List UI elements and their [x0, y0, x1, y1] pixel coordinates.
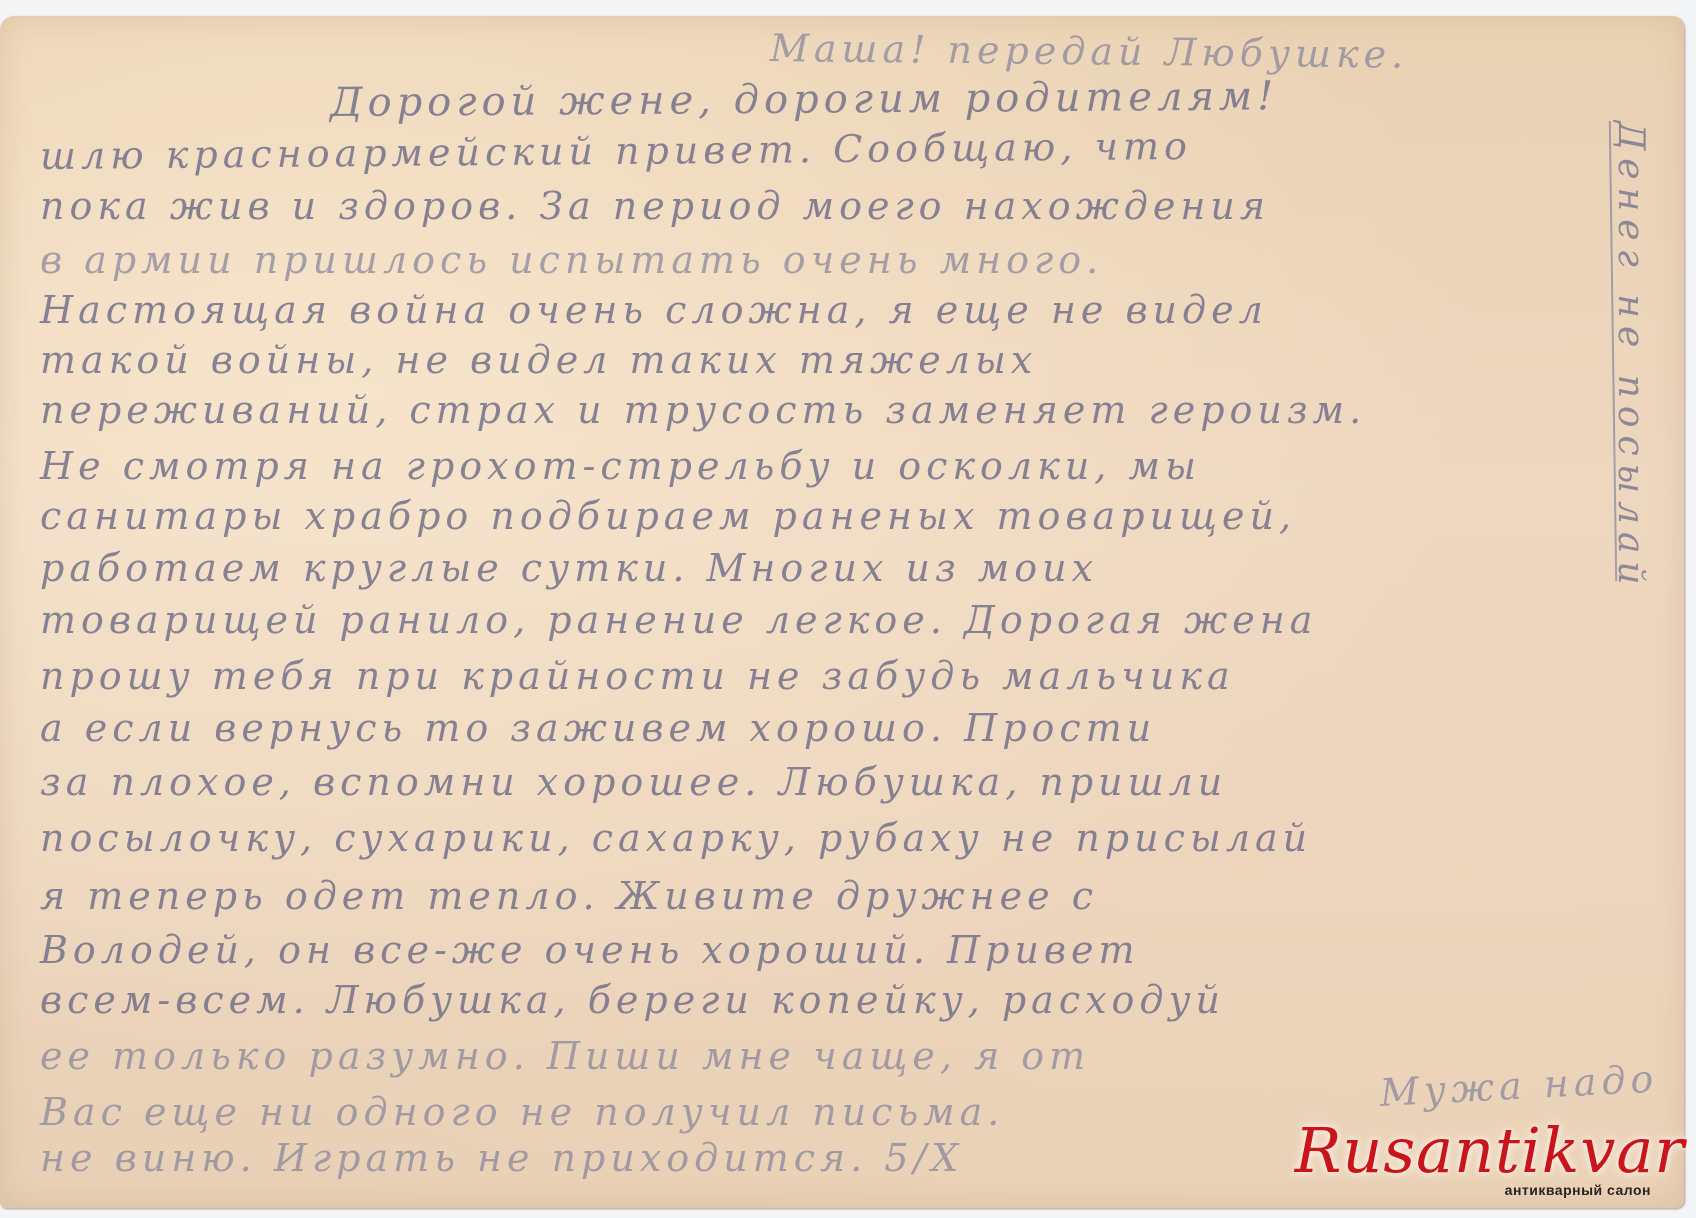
letter-line: посылочку, сухарики, сахарку, рубаху не … — [40, 816, 1312, 860]
watermark-logo: Rusantikvar — [1265, 1118, 1685, 1184]
letter-line: прошу тебя при крайности не забудь мальч… — [40, 654, 1235, 698]
letter-line: такой войны, не видел таких тяжелых — [40, 338, 1037, 382]
letter-line: а если вернусь то заживем хорошо. Прости — [40, 706, 1156, 750]
letter-line: пока жив и здоров. За период моего нахож… — [40, 184, 1270, 228]
letter-greeting: Дорогой жене, дорогим родителям! — [330, 73, 1279, 126]
letter-line: работаем круглые сутки. Многих из моих — [40, 546, 1098, 590]
letter-line: всем-всем. Любушка, береги копейку, расх… — [40, 978, 1225, 1022]
letter-line: переживаний, страх и трусость заменяет г… — [40, 388, 1366, 432]
letter-line: не виню. Играть не приходится. 5/X — [40, 1136, 963, 1180]
postcard: Маша! передай Любушке. Дорогой жене, дор… — [0, 16, 1684, 1208]
bottom-right-note: Мужа надо — [1379, 1056, 1659, 1115]
letter-line: ее только разумно. Пиши мне чаще, я от — [40, 1034, 1090, 1078]
postscript-top: Маша! передай Любушке. — [770, 26, 1409, 77]
letter-line: Не смотря на грохот-стрельбу и осколки, … — [40, 444, 1201, 488]
letter-line: Настоящая война очень сложна, я еще не в… — [40, 288, 1268, 332]
letter-line: товарищей ранило, ранение легкое. Дорога… — [40, 598, 1317, 642]
letter-line: Вас еще ни одного не получил письма. — [40, 1090, 1004, 1134]
letter-line: за плохое, вспомни хорошее. Любушка, при… — [40, 760, 1227, 804]
letter-line: шлю красноармейский привет. Сообщаю, что — [40, 124, 1192, 178]
letter-line: я теперь одет тепло. Живите дружнее с — [40, 874, 1098, 918]
watermark: Rusantikvar антикварный салон — [1265, 1118, 1685, 1198]
letter-line: Володей, он все-же очень хороший. Привет — [40, 928, 1140, 972]
letter-line: санитары храбро подбираем раненых товари… — [40, 494, 1296, 538]
letter-line: в армии пришлось испытать очень много. — [40, 238, 1103, 282]
side-note-vertical: Денег не посылай — [1610, 121, 1651, 593]
